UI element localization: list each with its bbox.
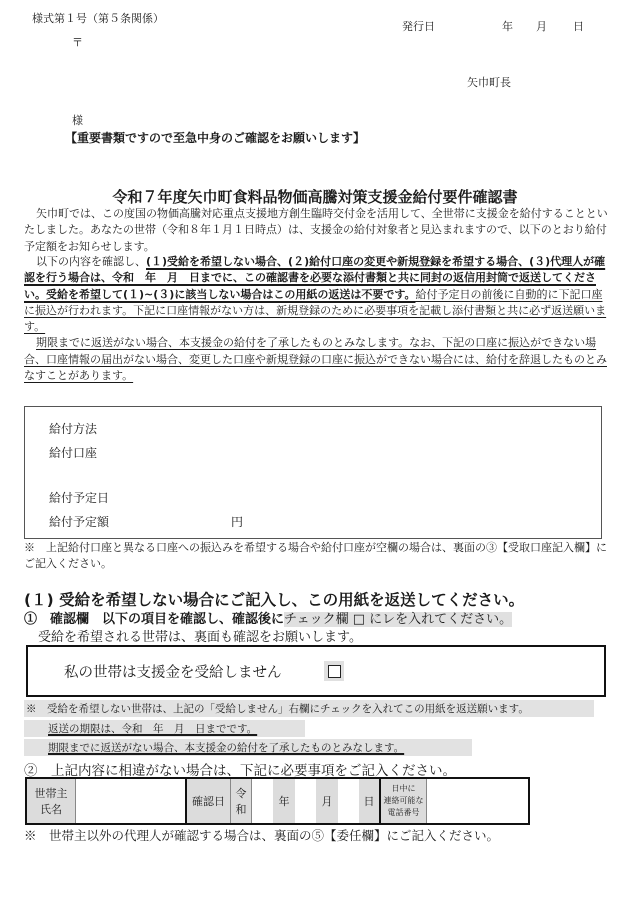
document-title: 令和７年度矢巾町食料品物価高騰対策支援金給付要件確認書 (0, 186, 630, 207)
scheduled-date-label: 給付予定日 (49, 489, 109, 506)
checkbox-icon (328, 665, 341, 678)
benefit-method-label: 給付方法 (49, 420, 97, 437)
return-deadline-note: 返送の期限は、令和 年 月 日までです。 (24, 720, 305, 737)
decline-checkbox[interactable] (324, 661, 344, 681)
head-name-label-2: 氏名 (40, 803, 62, 816)
confirmation-table: 世帯主氏名 確認日 令和 年 月 日 日中に連絡可能な電話番号 (25, 777, 530, 825)
section1-item1-line2: 受給を希望される世帯は、裏面も確認をお願いします。 (38, 626, 362, 645)
mayor-signature: 矢巾町長 (467, 74, 511, 90)
form-number: 様式第１号（第５条関係） (32, 10, 164, 26)
postal-mark: 〒 (72, 34, 83, 50)
head-name-label: 世帯主氏名 (26, 778, 76, 824)
return-deadline-text: 返送の期限は、令和 年 月 日までです。 (48, 723, 257, 735)
decline-note: ※ 受給を希望しない世帯は、上記の「受給しません」右欄にチェックを入れてこの用紙… (24, 700, 594, 717)
confirm-date-label: 確認日 (186, 778, 231, 824)
year-unit: 年 (273, 778, 295, 824)
phone-label: 日中に連絡可能な電話番号 (380, 778, 427, 824)
benefit-info-box: 給付方法 給付口座 給付予定日 給付予定額 円 (24, 406, 602, 539)
phone-label-2: 連絡可能な (384, 796, 424, 805)
phone-label-3: 電話番号 (388, 808, 420, 817)
approval-text: 期限までに返送がない場合、本支援金の給付を了承したものとみなします。 (48, 742, 404, 754)
decline-statement: 私の世帯は支援金を受給しません (64, 661, 282, 682)
deadline-notice: 期限までに返送がない場合、本支援金の給付を了承したものとみなします。なお、下記の… (24, 336, 607, 382)
era-label: 令和 (231, 778, 252, 824)
proxy-note: ※ 世帯主以外の代理人が確認する場合は、裏面の⑤【委任欄】にご記入ください。 (24, 826, 499, 844)
approval-note: 期限までに返送がない場合、本支援金の給付を了承したものとみなします。 (24, 739, 472, 756)
day-field[interactable] (338, 778, 359, 824)
intro-text: 矢巾町では、この度国の物価高騰対応重点支援地方創生臨時交付金を活用して、全世帯に… (24, 207, 608, 253)
instruction-lead: 以下の内容を確認し、 (36, 255, 146, 268)
phone-field[interactable] (427, 778, 530, 824)
decline-box: 私の世帯は支援金を受給しません (26, 645, 606, 697)
important-notice: 【重要書類ですので至急中身のご確認をお願いします】 (65, 129, 365, 146)
day-unit: 日 (359, 778, 380, 824)
currency-unit: 円 (231, 513, 243, 530)
recipient-honorific: 様 (72, 112, 83, 128)
item1-highlight: チェック欄 □ にレを入れてください。 (284, 612, 512, 627)
section1-item2: ② 上記内容に相違がない場合は、下記に必要事項をご記入ください。 (24, 759, 456, 779)
head-name-label-1: 世帯主 (35, 787, 68, 800)
intro-paragraph: 矢巾町では、この度国の物価高騰対応重点支援地方創生臨時交付金を活用して、全世帯に… (24, 206, 609, 255)
benefit-account-label: 給付口座 (49, 444, 97, 461)
month-unit: 月 (316, 778, 338, 824)
instruction-paragraph: 以下の内容を確認し、(１)受給を希望しない場合、(２)給付口座の変更や新規登録を… (24, 254, 609, 384)
table-row: 世帯主氏名 確認日 令和 年 月 日 日中に連絡可能な電話番号 (26, 778, 529, 824)
section1-title: (１) 受給を希望しない場合にご記入し、この用紙を返送してください。 (24, 588, 524, 610)
item1-prefix: ① 確認欄 以下の項目を確認し、確認後に (24, 612, 284, 627)
head-name-field[interactable] (76, 778, 187, 824)
scheduled-amount-label: 給付予定額 (49, 513, 109, 530)
issue-year-unit: 年 (502, 18, 513, 34)
issue-month-unit: 月 (536, 18, 547, 34)
phone-label-1: 日中に (392, 784, 416, 793)
issue-day-unit: 日 (573, 18, 584, 34)
era-label-1: 令 (236, 787, 247, 800)
section1-item1: ① 確認欄 以下の項目を確認し、確認後にチェック欄 □ にレを入れてください。 (24, 608, 512, 627)
month-field[interactable] (295, 778, 316, 824)
account-note: ※ 上記給付口座と異なる口座への振込みを希望する場合や給付口座が空欄の場合は、裏… (24, 540, 614, 572)
era-label-2: 和 (236, 803, 247, 816)
year-field[interactable] (252, 778, 274, 824)
issue-date-label: 発行日 (402, 18, 435, 34)
